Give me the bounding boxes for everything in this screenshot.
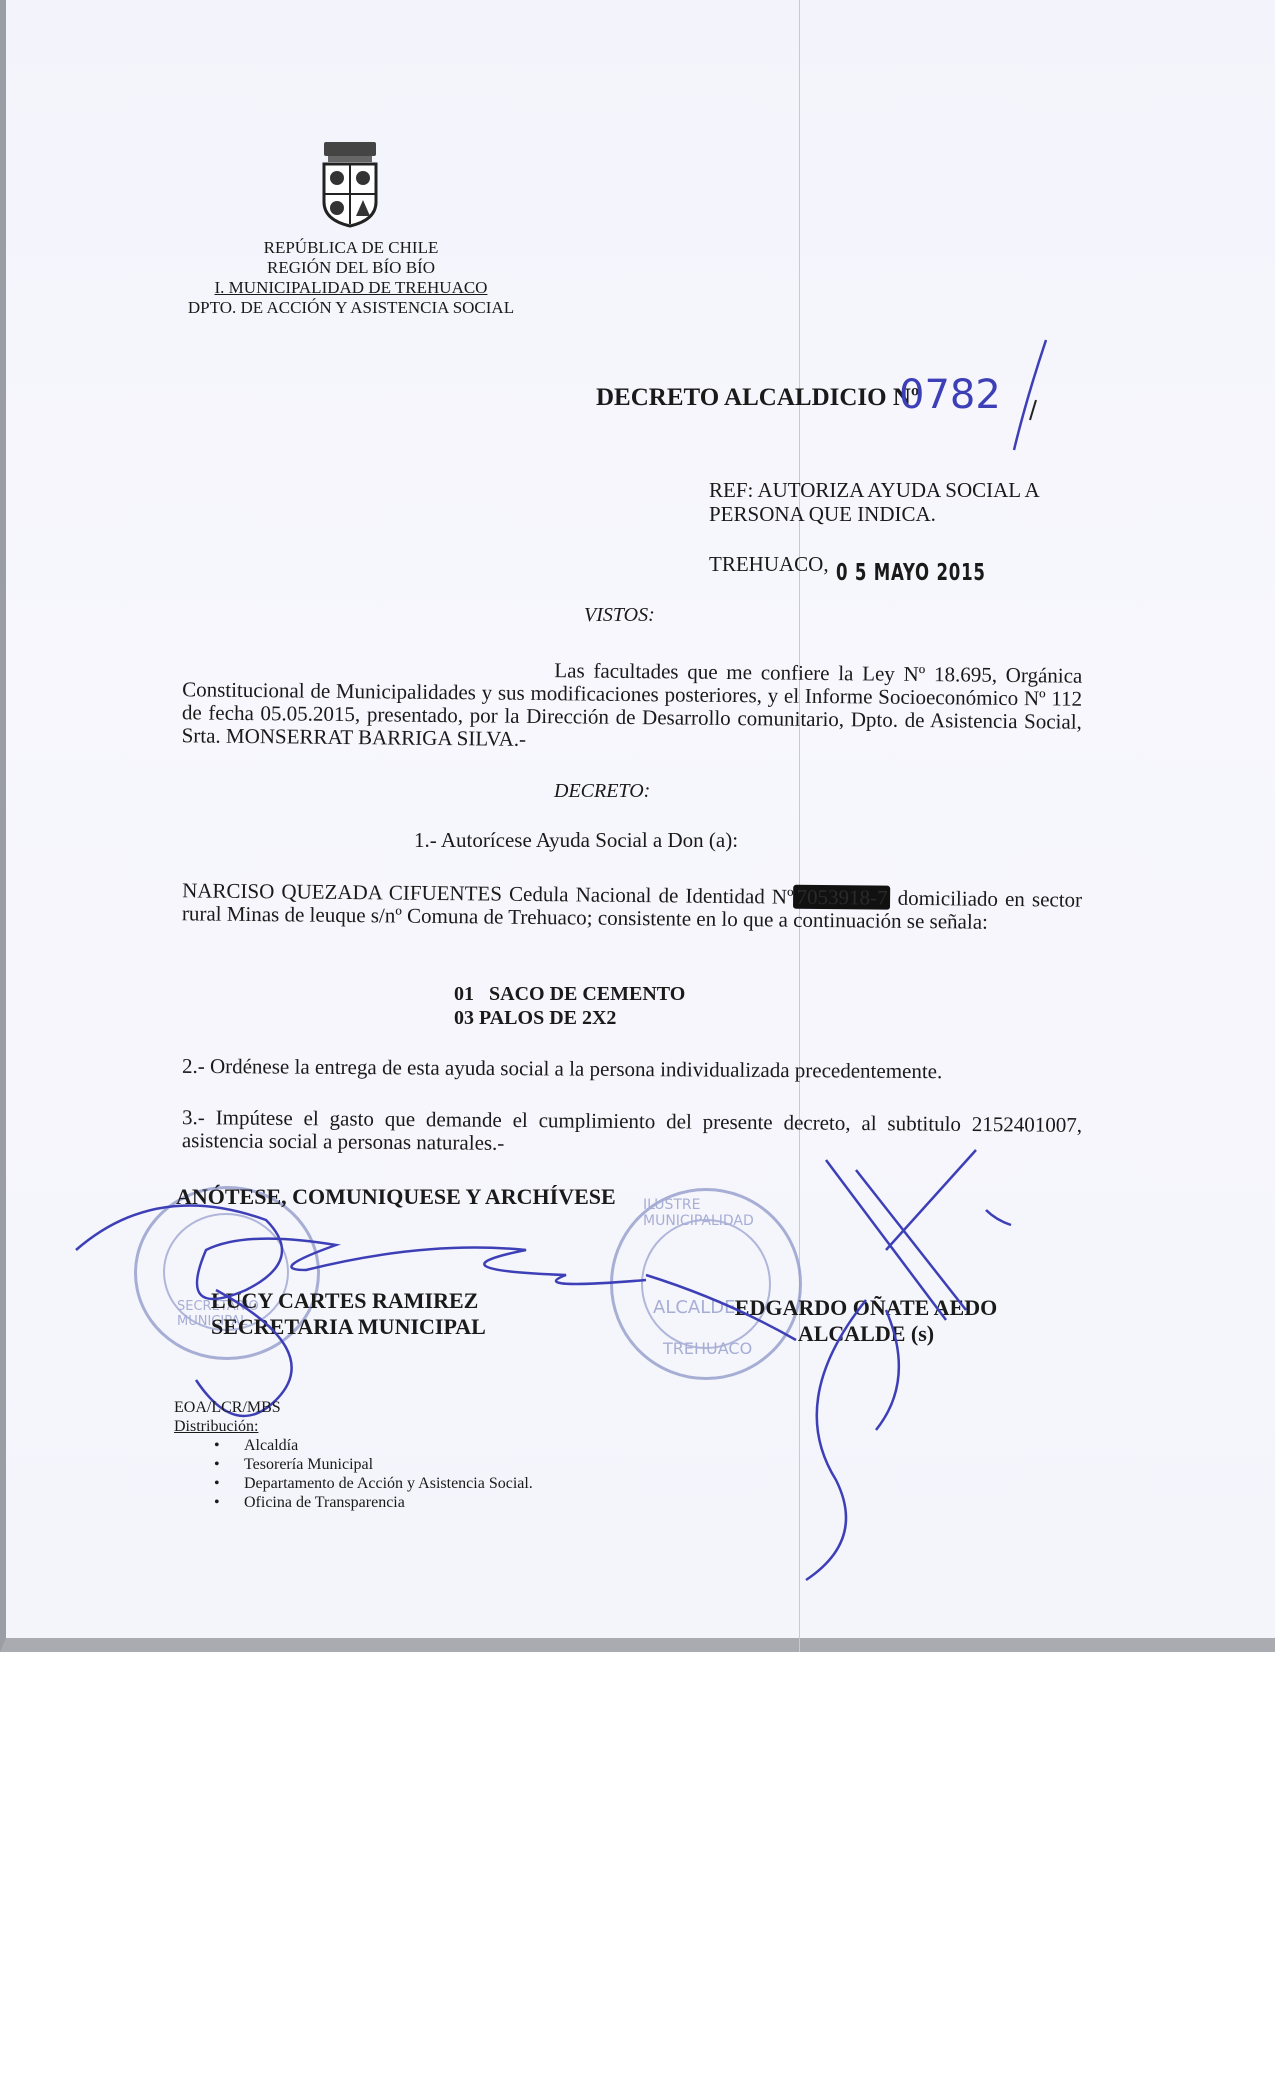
signer-secretary: LUCY CARTES RAMIREZ SECRETARIA MUNICIPAL [211, 1288, 486, 1340]
handwritten-decree-number: 0782 [899, 372, 1001, 418]
material-item: 01 SACO DE CEMENTO [454, 982, 685, 1006]
letterhead: REPÚBLICA DE CHILE REGIÓN DEL BÍO BÍO I.… [186, 238, 516, 318]
coat-of-arms-icon [318, 140, 382, 228]
reference-line: PERSONA QUE INDICA. [709, 502, 1040, 526]
item-3: 3.- Impútese el gasto que demande el cum… [182, 1106, 1082, 1160]
vistos-text: Constitucional de Municipalidades y sus … [182, 677, 1083, 751]
item-1: 1.- Autorícese Ayuda Social a Don (a): [414, 828, 738, 853]
letterhead-line: REPÚBLICA DE CHILE [186, 238, 516, 258]
decreto-heading: DECRETO: [554, 780, 650, 803]
item-2: 2.- Ordénese la entrega de esta ayuda so… [182, 1055, 1082, 1084]
signer-title: SECRETARIA MUNICIPAL [211, 1314, 486, 1340]
beneficiary-paragraph: NARCISO QUEZADA CIFUENTES Cedula Naciona… [182, 879, 1082, 934]
place: TREHUACO, [709, 552, 829, 577]
letterhead-line: REGIÓN DEL BÍO BÍO [186, 258, 516, 278]
reference: REF: AUTORIZA AYUDA SOCIAL A PERSONA QUE… [709, 478, 1040, 526]
distribution-label: Distribución: [174, 1417, 533, 1436]
reference-line: REF: AUTORIZA AYUDA SOCIAL A [709, 478, 1040, 502]
distribution-list: Alcaldía Tesorería Municipal Departament… [174, 1436, 533, 1512]
letterhead-line: I. MUNICIPALIDAD DE TREHUACO [186, 278, 516, 298]
signer-name: EDGARDO OÑATE AEDO [721, 1295, 1011, 1321]
date-stamp: 0 5 MAYO 2015 [836, 560, 986, 586]
distribution-item: Alcaldía [214, 1436, 533, 1455]
stamp-text: ILUSTRE MUNICIPALIDAD [643, 1197, 799, 1229]
signer-title: ALCALDE (s) [721, 1321, 1011, 1347]
scan-fold-line [799, 0, 800, 1652]
mayor-stamp: ILUSTRE MUNICIPALIDAD ALCALDE TREHUACO [610, 1188, 802, 1380]
distribution-item: Tesorería Municipal [214, 1455, 533, 1474]
distribution-footer: EOA/LCR/MBS Distribución: Alcaldía Tesor… [174, 1398, 533, 1512]
scanned-document-page: REPÚBLICA DE CHILE REGIÓN DEL BÍO BÍO I.… [0, 0, 1275, 1652]
redacted-id: 7053918-7 [793, 885, 890, 910]
signer-mayor: EDGARDO OÑATE AEDO ALCALDE (s) [721, 1295, 1011, 1347]
closing-formula: ANÓTESE, COMUNIQUESE Y ARCHÍVESE [176, 1184, 616, 1210]
vistos-paragraph: Las facultades que me confiere la Ley Nº… [182, 655, 1083, 756]
materials-list: 01 SACO DE CEMENTO 03 PALOS DE 2X2 [454, 982, 685, 1030]
distribution-item: Departamento de Acción y Asistencia Soci… [214, 1474, 533, 1493]
initials: EOA/LCR/MBS [174, 1398, 533, 1417]
material-item: 03 PALOS DE 2X2 [454, 1006, 685, 1030]
decree-title: DECRETO ALCALDICIO Nº [596, 384, 919, 412]
letterhead-line: DPTO. DE ACCIÓN Y ASISTENCIA SOCIAL [186, 298, 516, 318]
vistos-heading: VISTOS: [584, 604, 655, 627]
signer-name: LUCY CARTES RAMIREZ [211, 1288, 486, 1314]
distribution-item: Oficina de Transparencia [214, 1493, 533, 1512]
